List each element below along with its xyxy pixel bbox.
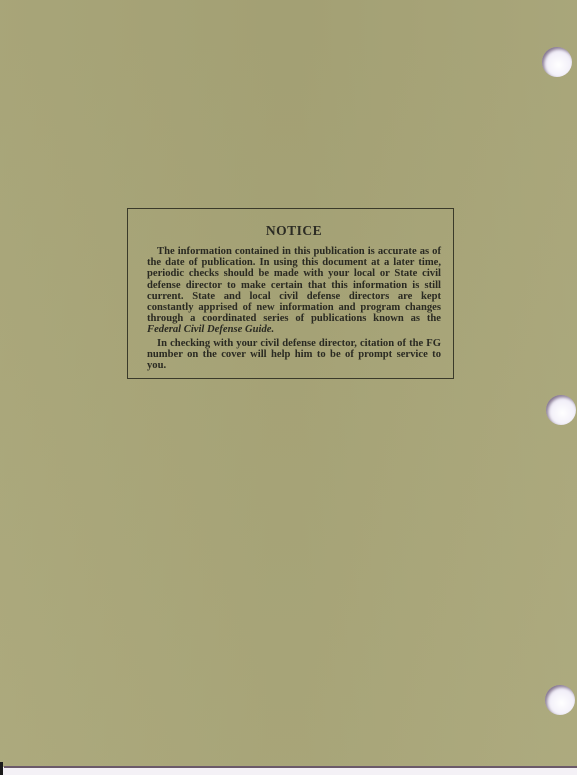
binder-hole-icon — [542, 47, 572, 77]
notice-title: NOTICE — [147, 223, 441, 239]
binder-hole-icon — [546, 395, 576, 425]
notice-paragraph-2: In checking with your civil defense dire… — [147, 338, 441, 372]
notice-box: NOTICE The information contained in this… — [127, 208, 454, 379]
page-bottom-edge — [4, 766, 577, 768]
binder-hole-icon — [545, 685, 575, 715]
scan-edge-mark — [0, 762, 3, 775]
document-page: NOTICE The information contained in this… — [0, 0, 577, 767]
notice-paragraph-1: The information contained in this public… — [147, 246, 441, 336]
notice-paragraph-1-text: The information contained in this public… — [147, 246, 441, 324]
publication-series-name: Federal Civil Defense Guide. — [147, 324, 274, 335]
